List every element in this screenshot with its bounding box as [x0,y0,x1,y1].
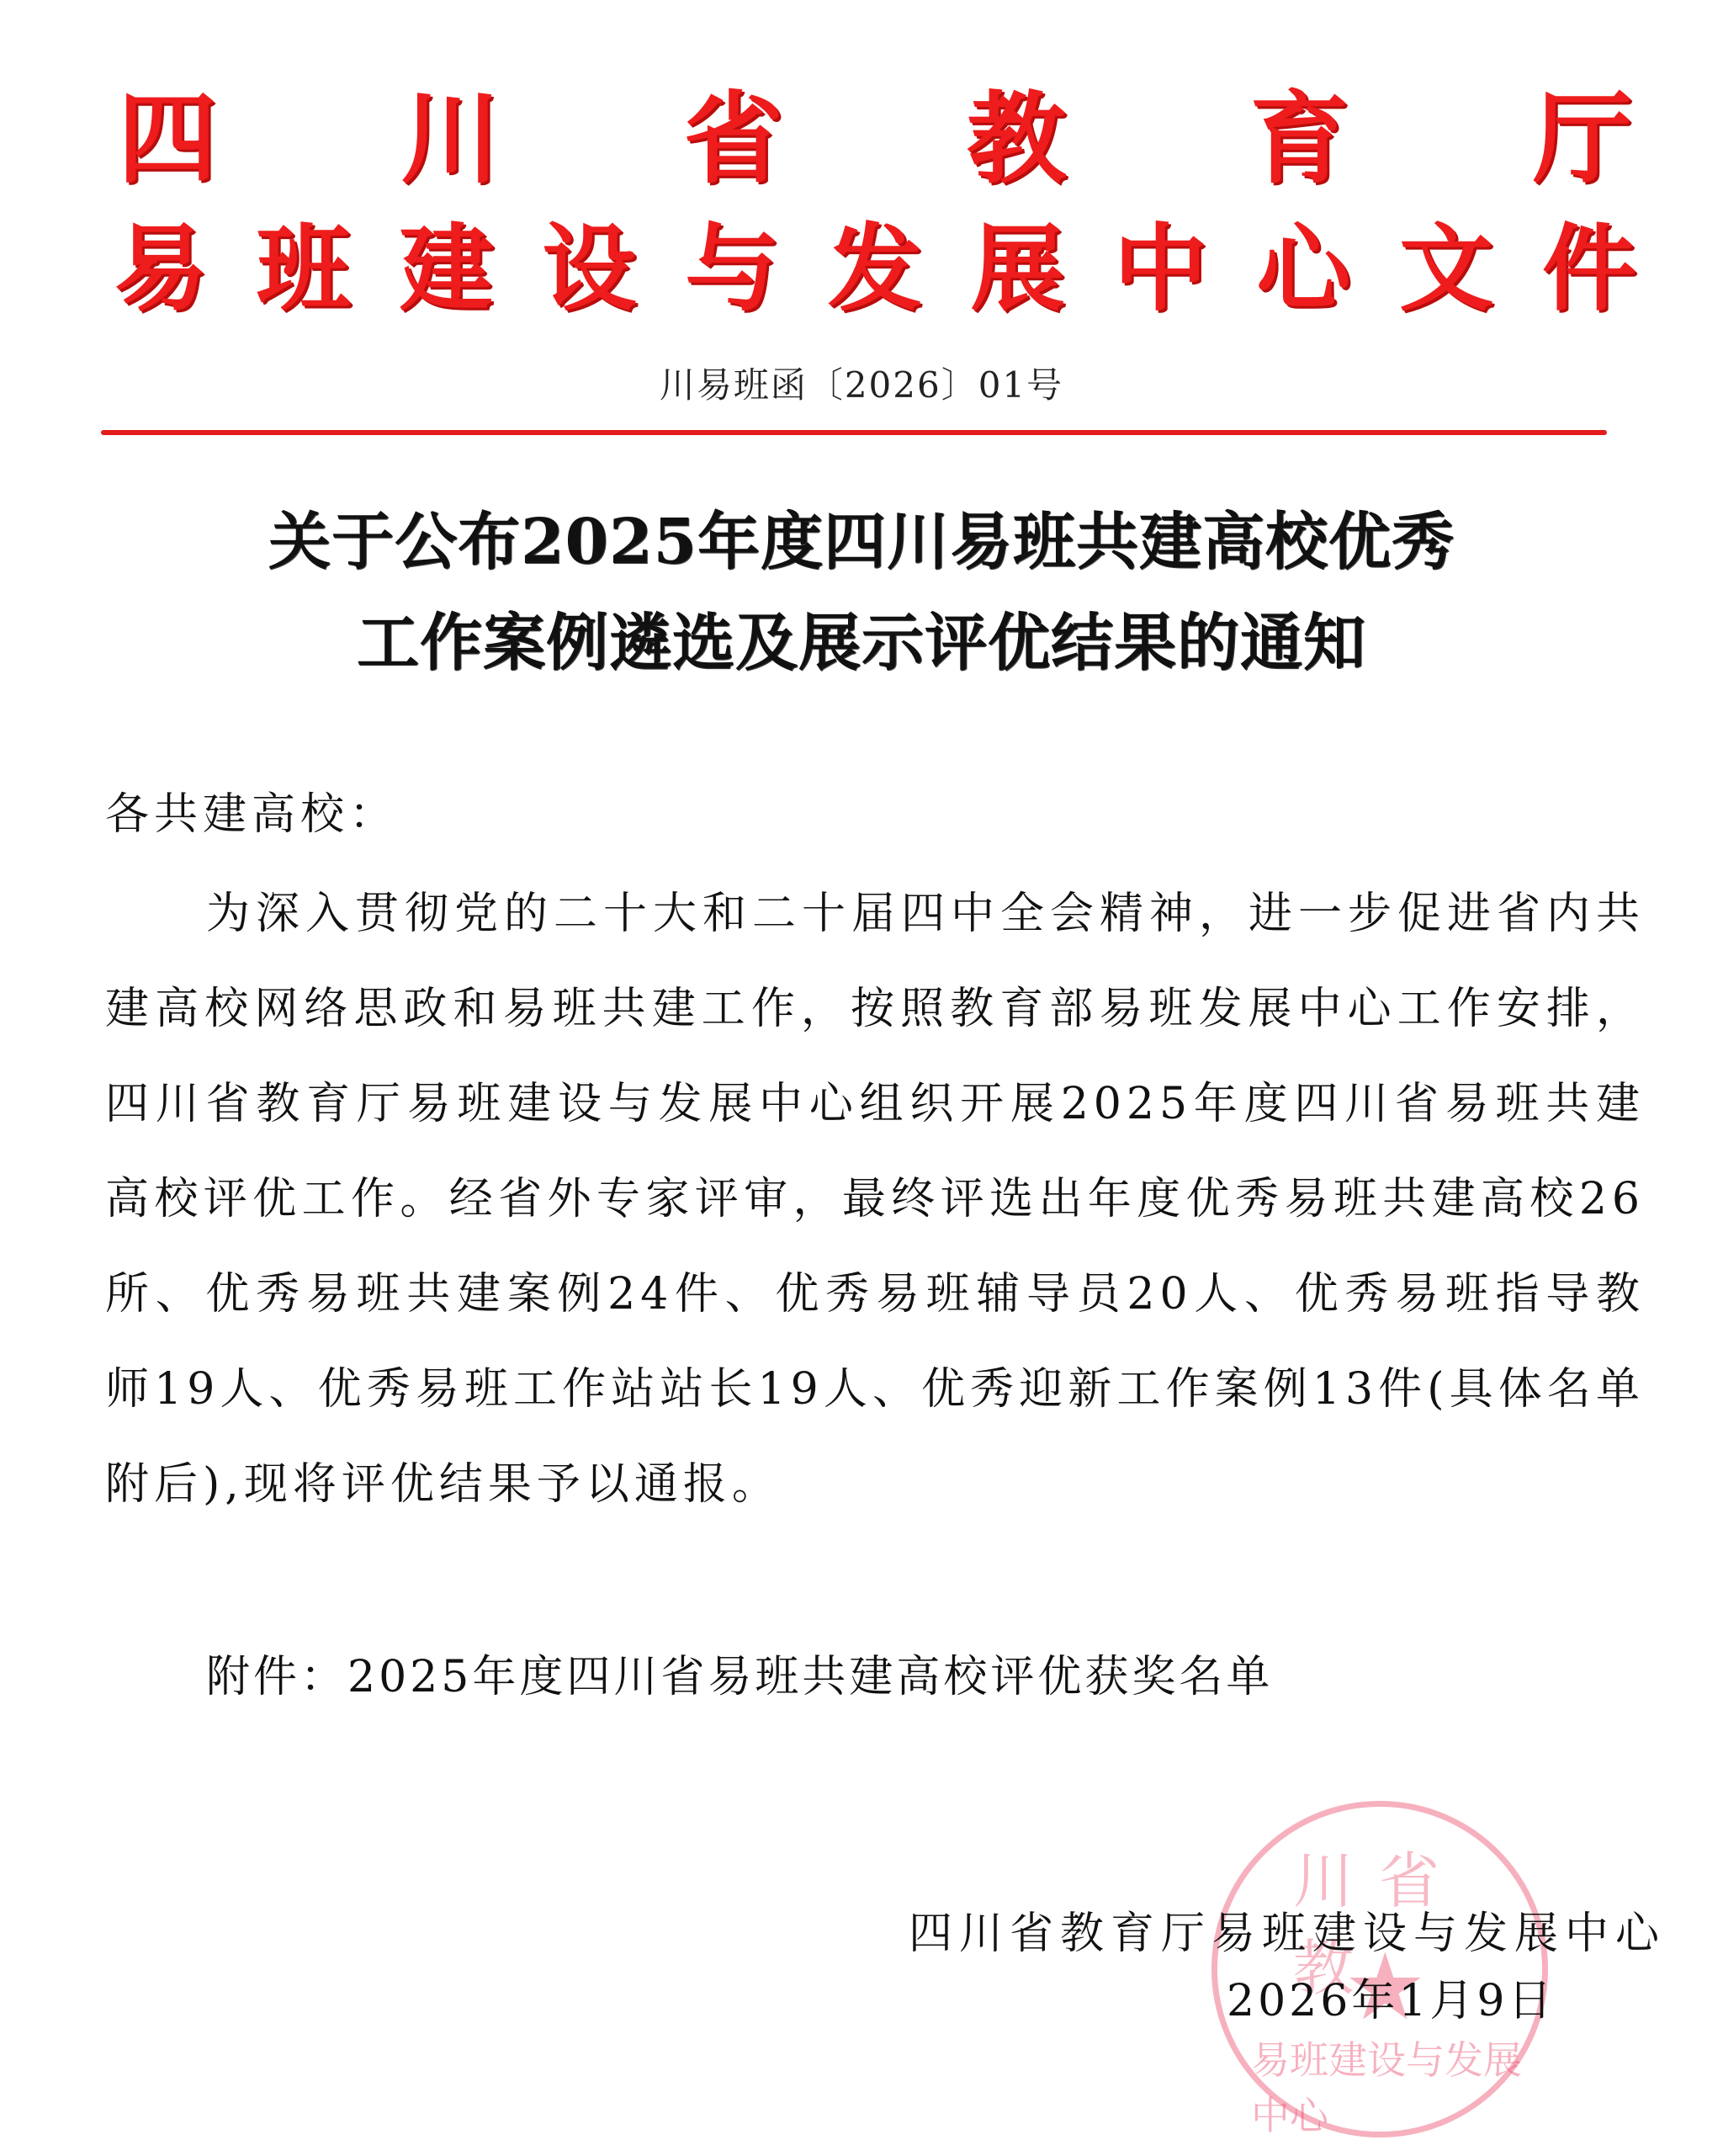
letterhead-char: 教 [967,80,1066,198]
letterhead-char: 川 [400,80,500,198]
letterhead-char: 件 [1542,210,1636,328]
attachment-line: 附件：2025年度四川省易班共建高校评优获奖名单 [206,1641,1273,1704]
signature-organization: 四川省教育厅易班建设与发展中心 [909,1898,1666,1961]
letterhead-char: 中 [1114,210,1208,328]
letterhead-char: 四 [118,80,217,198]
salutation: 各共建高校： [105,778,398,842]
red-divider [101,430,1607,435]
letterhead-line-2: 易 班 建 设 与 发 展 中 心 文 件 [114,210,1636,328]
letterhead-char: 易 [114,210,208,328]
letterhead-char: 发 [828,210,922,328]
letterhead-char: 与 [685,210,779,328]
document-title-line-1: 关于公布2025年度四川易班共建高校优秀 [0,492,1723,581]
letterhead-char: 展 [971,210,1065,328]
signature-date: 2026年1月9日 [1227,1965,1556,2028]
letterhead-char: 建 [400,210,494,328]
body-paragraph: 为深入贯彻党的二十大和二十届四中全会精神，进一步促进省内共建高校网络思政和易班共… [105,867,1645,1532]
letterhead-line-1: 四 川 省 教 育 厅 [118,80,1632,198]
letterhead-char: 育 [1250,80,1349,198]
seal-bottom-text: 易班建设与发展中心 [1251,2030,1542,2141]
letterhead-char: 班 [257,210,351,328]
document-title-line-2: 工作案例遴选及展示评优结果的通知 [0,593,1723,682]
letterhead-char: 厅 [1533,80,1632,198]
letterhead-char: 心 [1256,210,1350,328]
letterhead-char: 省 [684,80,783,198]
letterhead-char: 设 [542,210,636,328]
letterhead-char: 文 [1399,210,1493,328]
document-number: 川易班函〔2026〕01号 [0,358,1723,408]
